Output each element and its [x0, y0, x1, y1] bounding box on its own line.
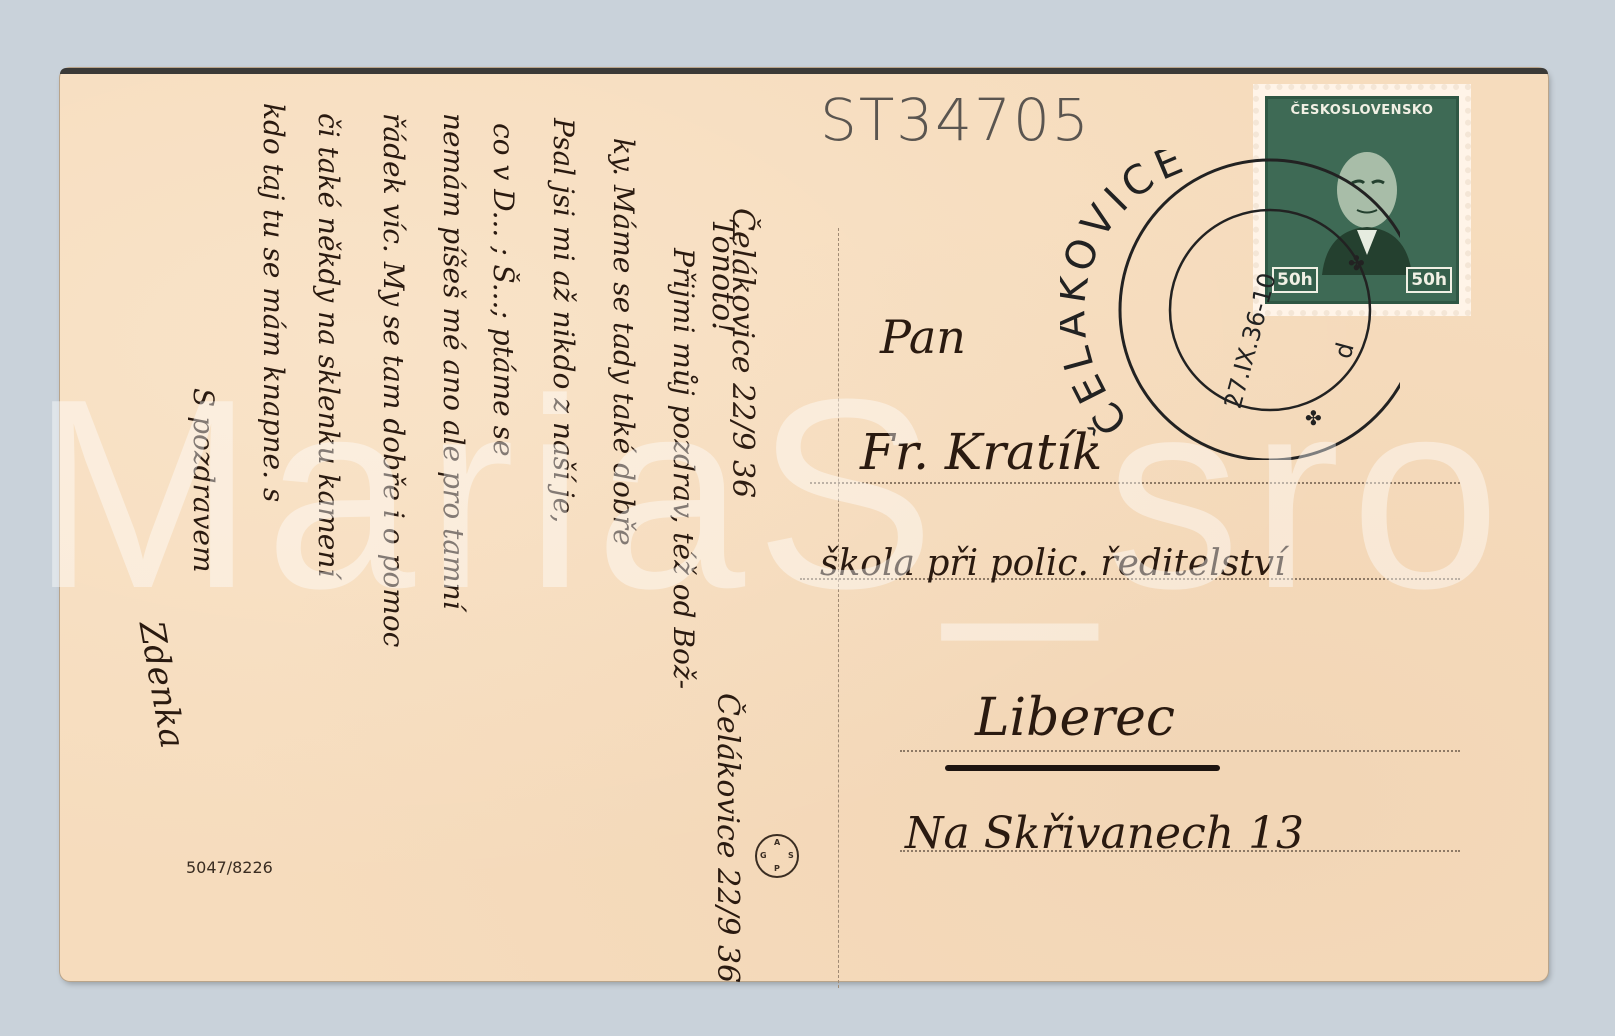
printer-code: 5047/8226	[186, 858, 273, 877]
address-line-1	[810, 482, 1460, 484]
address-name: Fr. Kratík	[860, 423, 1102, 481]
message-line: nemám píšeš mé ano ale pro tamní	[437, 113, 470, 610]
message-place-date: Čelákovice 22/9 36	[710, 693, 745, 983]
message-line: či také někdy na sklenku kamení	[312, 113, 345, 577]
postage-stamp: ČESKOSLOVENSKO 50h 50h	[1253, 84, 1471, 316]
message-line: kdo taj tu se mám knapne. s	[257, 103, 290, 502]
stamp-country: ČESKOSLOVENSKO	[1268, 103, 1456, 118]
message-line: Přijmi můj pozdrav, též od Bož-	[667, 248, 700, 689]
message-line: Psal jsi mi až nikdo z naší je,	[547, 118, 580, 523]
message-line: co v D... ; Š...; ptáme se	[487, 123, 520, 457]
portrait-icon	[1312, 135, 1422, 275]
city-underline	[945, 765, 1220, 771]
inventory-number: ST34705	[820, 86, 1091, 154]
message-signature: Zdenka	[131, 618, 193, 751]
address-street: Na Skřivanech 13	[905, 808, 1304, 859]
message-line: řádek víc. My se tam dobře i o pomoc	[377, 113, 410, 647]
message-closing: S pozdravem	[187, 388, 220, 573]
stamp-value-left: 50h	[1272, 267, 1318, 293]
publisher-logo-icon: A G S P	[755, 834, 799, 878]
message-line: ky. Máme se tady také dobře	[607, 138, 640, 546]
message-greeting: Tonoto!	[705, 218, 740, 333]
stamp-value-right: 50h	[1406, 267, 1452, 293]
address-line2: škola při polic. ředitelství	[820, 543, 1286, 584]
address-salutation: Pan	[880, 310, 966, 364]
address-line-3	[900, 750, 1460, 752]
address-city: Liberec	[975, 688, 1175, 748]
